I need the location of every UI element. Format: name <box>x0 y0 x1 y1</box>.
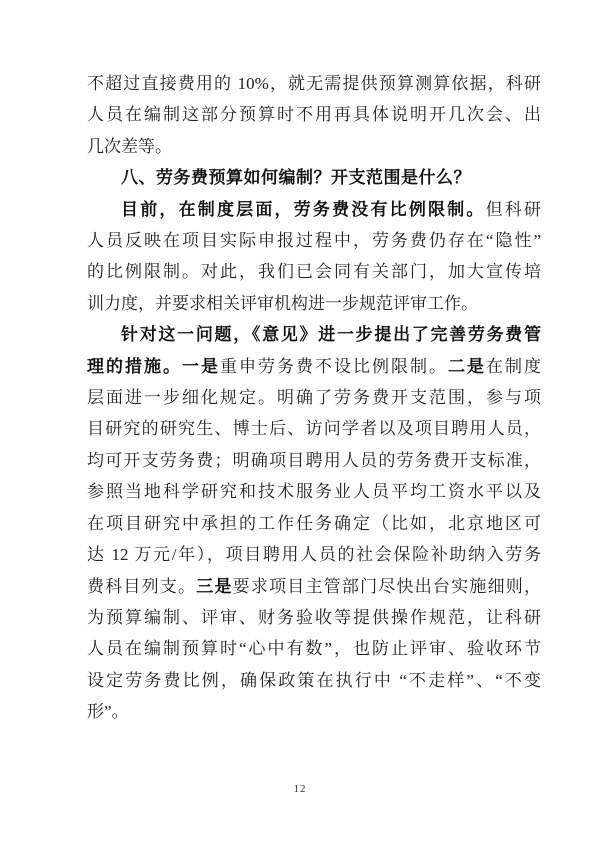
text-line: 目研究的研究生、博士后、访问学者以及项目聘用人员， <box>87 413 541 444</box>
text-line: 人员在编制这部分预算时不用再具体说明开几次会、出 <box>87 99 541 130</box>
text-segment: 但科研 <box>486 200 541 219</box>
text-line: 几次差等。 <box>87 131 541 162</box>
paragraph: 目前，在制度层面，劳务费没有比例限制。但科研人员反映在项目实际申报过程中，劳务费… <box>87 194 541 320</box>
text-segment: 人员反映在项目实际申报过程中，劳务费仍存在“隐性” <box>87 231 541 250</box>
text-segment: 参照当地科学研究和技术服务业人员平均工资水平以及 <box>87 482 541 501</box>
text-line: 均可开支劳务费；明确项目聘用人员的劳务费开支标准， <box>87 445 541 476</box>
text-segment: 八、劳务费预算如何编制？开支范围是什么？ <box>121 168 471 187</box>
paragraph: 针对这一问题，《意见》进一步提出了完善劳务费管理的措施。一是重申劳务费不设比例限… <box>87 319 541 727</box>
text-segment: 的比例限制。对此，我们已会同有关部门，加大宣传培 <box>87 262 541 281</box>
document-page: 不超过直接费用的 10%，就无需提供预算测算依据，科研人员在编制这部分预算时不用… <box>0 0 600 848</box>
text-segment: 训力度，并要求相关评审机构进一步规范评审工作。 <box>87 294 478 313</box>
text-line: 在项目研究中承担的工作任务确定（比如，北京地区可 <box>87 508 541 539</box>
text-line: 为预算编制、评审、财务验收等提供操作规范，让科研 <box>87 602 541 633</box>
text-segment: 为预算编制、评审、财务验收等提供操作规范，让科研 <box>87 608 541 627</box>
text-line: 设定劳务费比例，确保政策在执行中 “不走样”、“不变 <box>87 665 541 696</box>
text-segment: 费科目列支。 <box>87 577 196 596</box>
page-number: 12 <box>0 783 600 795</box>
text-line: 的比例限制。对此，我们已会同有关部门，加大宣传培 <box>87 256 541 287</box>
text-segment: 重申劳务费不设比例限制。 <box>220 357 448 376</box>
text-line: 参照当地科学研究和技术服务业人员平均工资水平以及 <box>87 476 541 507</box>
text-segment: 几次差等。 <box>87 137 172 156</box>
text-line: 费科目列支。三是要求项目主管部门尽快出台实施细则， <box>87 571 541 602</box>
text-segment: 形”。 <box>87 702 129 721</box>
text-segment: 针对这一问题，《意见》进一步提出了完善劳务费管 <box>121 325 541 344</box>
text-line: 形”。 <box>87 696 541 727</box>
text-segment: 在制度 <box>486 357 541 376</box>
paragraph: 不超过直接费用的 10%，就无需提供预算测算依据，科研人员在编制这部分预算时不用… <box>87 68 541 162</box>
text-line: 不超过直接费用的 10%，就无需提供预算测算依据，科研 <box>87 68 541 99</box>
text-line: 层面进一步细化规定。明确了劳务费开支范围，参与项 <box>87 382 541 413</box>
text-segment: 二是 <box>448 357 486 376</box>
text-segment: 层面进一步细化规定。明确了劳务费开支范围，参与项 <box>87 388 541 407</box>
text-segment: 理的措施。一是 <box>87 357 220 376</box>
text-segment: 设定劳务费比例，确保政策在执行中 “不走样”、“不变 <box>87 671 541 690</box>
document-body: 不超过直接费用的 10%，就无需提供预算测算依据，科研人员在编制这部分预算时不用… <box>87 68 541 728</box>
text-segment: 三是 <box>196 577 232 596</box>
text-segment: 要求项目主管部门尽快出台实施细则， <box>233 577 541 596</box>
text-segment: 人员在编制这部分预算时不用再具体说明开几次会、出 <box>87 105 541 124</box>
text-line: 训力度，并要求相关评审机构进一步规范评审工作。 <box>87 288 541 319</box>
text-segment: 目研究的研究生、博士后、访问学者以及项目聘用人员， <box>87 419 541 438</box>
text-line: 目前，在制度层面，劳务费没有比例限制。但科研 <box>87 194 541 225</box>
text-line: 人员在编制预算时“心中有数”，也防止评审、验收环节 <box>87 633 541 664</box>
text-line: 人员反映在项目实际申报过程中，劳务费仍存在“隐性” <box>87 225 541 256</box>
text-line: 八、劳务费预算如何编制？开支范围是什么？ <box>87 162 541 193</box>
text-segment: 人员在编制预算时“心中有数”，也防止评审、验收环节 <box>87 639 541 658</box>
section-heading: 八、劳务费预算如何编制？开支范围是什么？ <box>87 162 541 193</box>
text-segment: 不超过直接费用的 10%，就无需提供预算测算依据，科研 <box>87 74 541 93</box>
text-line: 针对这一问题，《意见》进一步提出了完善劳务费管 <box>87 319 541 350</box>
text-segment: 目前，在制度层面，劳务费没有比例限制。 <box>121 200 486 219</box>
text-segment: 达 12 万元/年），项目聘用人员的社会保险补助纳入劳务 <box>87 545 541 564</box>
text-segment: 均可开支劳务费；明确项目聘用人员的劳务费开支标准， <box>87 451 541 470</box>
text-segment: 在项目研究中承担的工作任务确定（比如，北京地区可 <box>87 514 541 533</box>
text-line: 理的措施。一是重申劳务费不设比例限制。二是在制度 <box>87 351 541 382</box>
text-line: 达 12 万元/年），项目聘用人员的社会保险补助纳入劳务 <box>87 539 541 570</box>
